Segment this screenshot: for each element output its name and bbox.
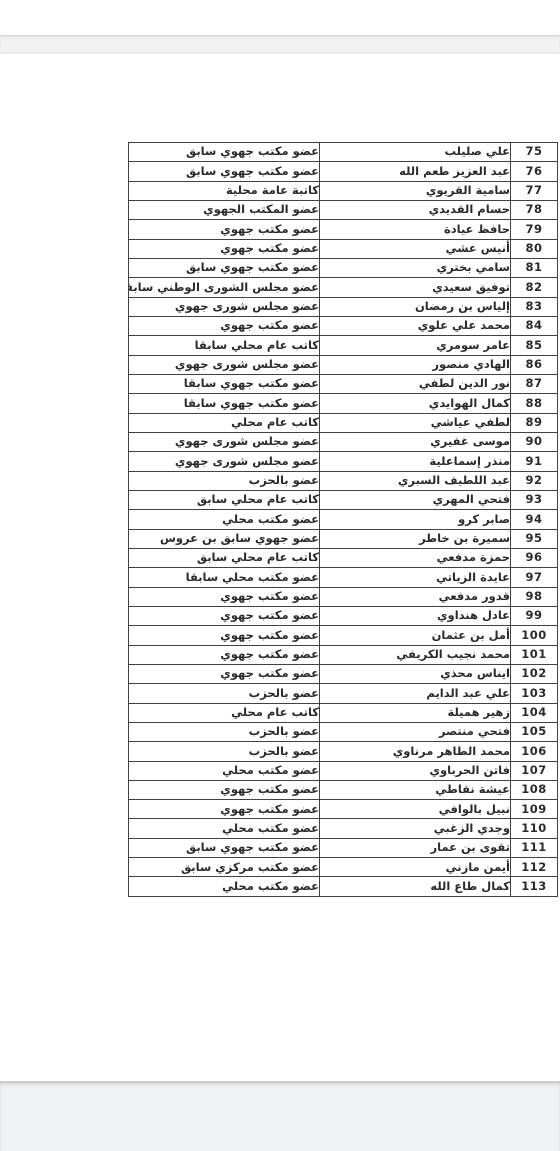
table-row: 75علي صليلبعضو مكتب جهوي سابق [129,143,558,162]
row-number-cell: 102 [511,664,558,683]
table-row: 78حسام القديديعضو المكتب الجهوي [129,200,558,219]
row-number-cell: 108 [511,780,558,799]
table-row: 80أنيس عشيعضو مكتب جهوي [129,239,558,258]
member-name-cell: إلياس بن رمضان [320,297,511,316]
page-gap-divider [0,35,560,54]
member-name-cell: فاتن الحرباوي [320,761,511,780]
member-name-cell: منذر إسماعلية [320,452,511,471]
row-number-cell: 98 [511,587,558,606]
member-role-cell: عضو مكتب جهوي سابق [129,258,320,277]
member-name-cell: عيشة نقاطي [320,780,511,799]
table-row: 107فاتن الحرباويعضو مكتب محلي [129,761,558,780]
row-number-cell: 85 [511,336,558,355]
row-number-cell: 92 [511,471,558,490]
row-number-cell: 75 [511,143,558,162]
table-row: 102ايناس محذيعضو مكتب جهوي [129,664,558,683]
member-name-cell: حافظ عيادة [320,220,511,239]
row-number-cell: 83 [511,297,558,316]
row-number-cell: 79 [511,220,558,239]
table-row: 112أيمن مازنيعضو مكتب مركزي سابق [129,858,558,877]
row-number-cell: 95 [511,529,558,548]
member-name-cell: قدور مدفعي [320,587,511,606]
member-role-cell: عضو مكتب جهوي سابق [129,162,320,181]
member-roster-table: 75علي صليلبعضو مكتب جهوي سابق76عبد العزي… [128,142,558,897]
table-row: 101محمد نجيب الكريفيعضو مكتب جهوي [129,645,558,664]
row-number-cell: 110 [511,819,558,838]
table-row: 87نور الدين لطفيعضو مكتب جهوي سابقا [129,374,558,393]
member-name-cell: كمال الهوايدي [320,394,511,413]
member-role-cell: عضو مكتب جهوي [129,626,320,645]
roster-table-body: 75علي صليلبعضو مكتب جهوي سابق76عبد العزي… [129,143,558,897]
row-number-cell: 107 [511,761,558,780]
member-role-cell: عضو مكتب محلي [129,819,320,838]
member-name-cell: محمد علي علوي [320,316,511,335]
member-role-cell: عضو مجلس شورى جهوي [129,355,320,374]
row-number-cell: 99 [511,606,558,625]
table-row: 77سامية القريويكاتبة عامة محلية [129,181,558,200]
row-number-cell: 97 [511,568,558,587]
table-row: 86الهادي منصورعضو مجلس شورى جهوي [129,355,558,374]
member-role-cell: عضو مكتب جهوي [129,239,320,258]
table-row: 105فتحي منتصرعضو بالحزب [129,722,558,741]
member-name-cell: حسام القديدي [320,200,511,219]
member-role-cell: عضو مكتب جهوي [129,800,320,819]
row-number-cell: 100 [511,626,558,645]
table-row: 88كمال الهوايديعضو مكتب جهوي سابقا [129,394,558,413]
member-role-cell: عضو مجلس شورى جهوي [129,297,320,316]
member-role-cell: عضو مكتب جهوي [129,780,320,799]
member-role-cell: كاتبة عامة محلية [129,181,320,200]
member-name-cell: توفيق سعيدي [320,278,511,297]
row-number-cell: 90 [511,432,558,451]
member-name-cell: محمد الطاهر مرناوي [320,742,511,761]
member-name-cell: وجدي الزغبي [320,819,511,838]
member-role-cell: عضو مكتب محلي [129,877,320,897]
member-role-cell: عضو مجلس شورى جهوي [129,452,320,471]
row-number-cell: 77 [511,181,558,200]
table-row: 85عامر سومريكاتب عام محلي سابقا [129,336,558,355]
table-row: 89لطفي عياشيكاتب عام محلي [129,413,558,432]
member-role-cell: عضو مكتب جهوي سابقا [129,374,320,393]
row-number-cell: 106 [511,742,558,761]
member-role-cell: عضو مكتب جهوي سابقا [129,394,320,413]
member-name-cell: عبد العزيز طعم الله [320,162,511,181]
table-row: 108عيشة نقاطيعضو مكتب جهوي [129,780,558,799]
member-name-cell: كمال طاع الله [320,877,511,897]
member-name-cell: موسى غفيري [320,432,511,451]
member-name-cell: صابر كرو [320,510,511,529]
member-name-cell: أنيس عشي [320,239,511,258]
member-name-cell: عامر سومري [320,336,511,355]
table-row: 95سميرة بن خاطرعضو جهوي سابق بن عروس [129,529,558,548]
table-row: 110وجدي الزغبيعضو مكتب محلي [129,819,558,838]
document-viewer: 75علي صليلبعضو مكتب جهوي سابق76عبد العزي… [0,0,560,1151]
table-row: 109نبيل بالوافيعضو مكتب جهوي [129,800,558,819]
member-role-cell: كاتب عام محلي سابق [129,548,320,567]
row-number-cell: 112 [511,858,558,877]
table-row: 104زهير هميلةكاتب عام محلي [129,703,558,722]
row-number-cell: 109 [511,800,558,819]
table-row: 100أمل بن عثمانعضو مكتب جهوي [129,626,558,645]
table-row: 84محمد علي علويعضو مكتب جهوي [129,316,558,335]
table-row: 90موسى غفيريعضو مجلس شورى جهوي [129,432,558,451]
row-number-cell: 94 [511,510,558,529]
viewer-background-bottom [0,1081,560,1151]
member-role-cell: عضو جهوي سابق بن عروس [129,529,320,548]
member-name-cell: سميرة بن خاطر [320,529,511,548]
table-row: 92عبد اللطيف السبريعضو بالحزب [129,471,558,490]
member-role-cell: عضو مجلس الشورى الوطني سابقا [129,278,320,297]
table-row: 111تقوى بن عمارعضو مكتب جهوي سابق [129,838,558,857]
member-role-cell: عضو مكتب جهوي [129,606,320,625]
row-number-cell: 82 [511,278,558,297]
member-role-cell: عضو المكتب الجهوي [129,200,320,219]
member-role-cell: عضو مكتب جهوي [129,220,320,239]
member-name-cell: الهادي منصور [320,355,511,374]
table-row: 82توفيق سعيديعضو مجلس الشورى الوطني سابق… [129,278,558,297]
row-number-cell: 76 [511,162,558,181]
member-role-cell: عضو مكتب محلي [129,761,320,780]
member-role-cell: عضو مكتب جهوي سابق [129,143,320,162]
member-role-cell: عضو بالحزب [129,742,320,761]
member-name-cell: سامي بختري [320,258,511,277]
member-role-cell: كاتب عام محلي سابقا [129,336,320,355]
row-number-cell: 91 [511,452,558,471]
member-name-cell: نبيل بالوافي [320,800,511,819]
row-number-cell: 80 [511,239,558,258]
member-name-cell: نور الدين لطفي [320,374,511,393]
table-row: 106محمد الطاهر مرناويعضو بالحزب [129,742,558,761]
member-role-cell: عضو مجلس شورى جهوي [129,432,320,451]
member-role-cell: كاتب عام محلي سابق [129,490,320,509]
row-number-cell: 101 [511,645,558,664]
table-row: 79حافظ عيادةعضو مكتب جهوي [129,220,558,239]
row-number-cell: 113 [511,877,558,897]
table-row: 103علي عبد الدايمعضو بالحزب [129,684,558,703]
row-number-cell: 103 [511,684,558,703]
member-name-cell: حمزة مدفعي [320,548,511,567]
table-row: 113كمال طاع اللهعضو مكتب محلي [129,877,558,897]
member-role-cell: عضو مكتب جهوي [129,645,320,664]
member-name-cell: أمل بن عثمان [320,626,511,645]
member-role-cell: عضو بالحزب [129,684,320,703]
table-row: 99عادل هنداويعضو مكتب جهوي [129,606,558,625]
row-number-cell: 87 [511,374,558,393]
member-name-cell: عايدة الزياتي [320,568,511,587]
member-name-cell: فتحي منتصر [320,722,511,741]
member-name-cell: ايناس محذي [320,664,511,683]
member-name-cell: سامية القريوي [320,181,511,200]
table-row: 94صابر كروعضو مكتب محلي [129,510,558,529]
row-number-cell: 78 [511,200,558,219]
row-number-cell: 104 [511,703,558,722]
member-role-cell: عضو مكتب مركزي سابق [129,858,320,877]
row-number-cell: 86 [511,355,558,374]
row-number-cell: 84 [511,316,558,335]
member-role-cell: عضو مكتب جهوي [129,316,320,335]
row-number-cell: 105 [511,722,558,741]
member-role-cell: عضو مكتب جهوي [129,664,320,683]
member-role-cell: عضو بالحزب [129,722,320,741]
row-number-cell: 111 [511,838,558,857]
member-role-cell: عضو مكتب محلي [129,510,320,529]
table-row: 97عايدة الزياتيعضو مكتب محلي سابقا [129,568,558,587]
member-name-cell: تقوى بن عمار [320,838,511,857]
member-role-cell: عضو مكتب جهوي [129,587,320,606]
row-number-cell: 96 [511,548,558,567]
member-role-cell: عضو بالحزب [129,471,320,490]
table-row: 81سامي بختريعضو مكتب جهوي سابق [129,258,558,277]
row-number-cell: 81 [511,258,558,277]
member-name-cell: لطفي عياشي [320,413,511,432]
table-row: 93فتحي المهريكاتب عام محلي سابق [129,490,558,509]
table-row: 91منذر إسماعليةعضو مجلس شورى جهوي [129,452,558,471]
member-role-cell: عضو مكتب جهوي سابق [129,838,320,857]
member-role-cell: كاتب عام محلي [129,703,320,722]
previous-page-bottom [0,0,560,35]
member-name-cell: فتحي المهري [320,490,511,509]
document-page: 75علي صليلبعضو مكتب جهوي سابق76عبد العزي… [0,55,560,1081]
table-row: 98قدور مدفعيعضو مكتب جهوي [129,587,558,606]
table-row: 83إلياس بن رمضانعضو مجلس شورى جهوي [129,297,558,316]
table-row: 76عبد العزيز طعم اللهعضو مكتب جهوي سابق [129,162,558,181]
table-row: 96حمزة مدفعيكاتب عام محلي سابق [129,548,558,567]
member-name-cell: عادل هنداوي [320,606,511,625]
row-number-cell: 89 [511,413,558,432]
member-name-cell: علي صليلب [320,143,511,162]
member-name-cell: زهير هميلة [320,703,511,722]
member-name-cell: محمد نجيب الكريفي [320,645,511,664]
row-number-cell: 88 [511,394,558,413]
member-role-cell: عضو مكتب محلي سابقا [129,568,320,587]
member-name-cell: أيمن مازني [320,858,511,877]
member-name-cell: علي عبد الدايم [320,684,511,703]
member-role-cell: كاتب عام محلي [129,413,320,432]
member-name-cell: عبد اللطيف السبري [320,471,511,490]
row-number-cell: 93 [511,490,558,509]
